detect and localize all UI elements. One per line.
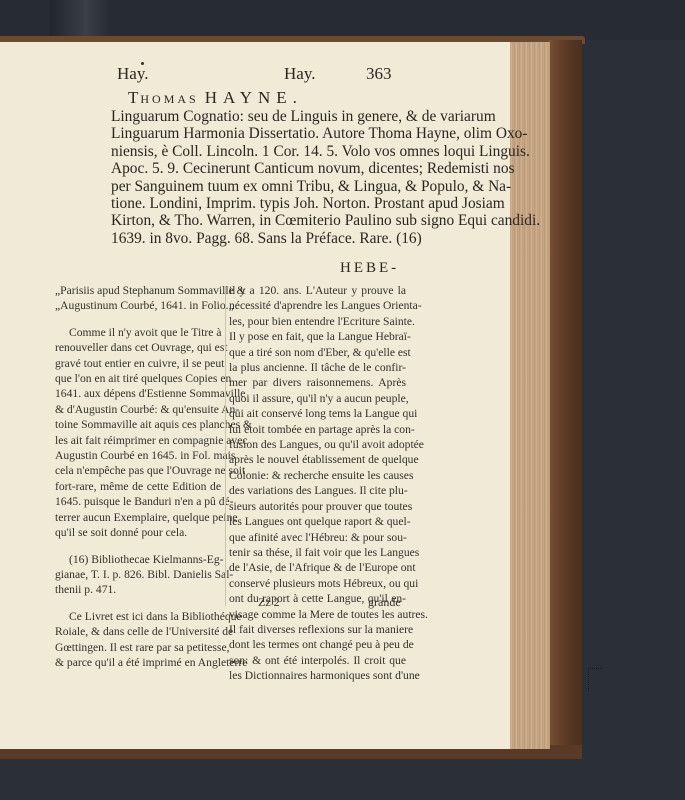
column-line: fort-rare, même de cette Edition de [55,479,221,494]
footnote-line: gianae, T. I. p. 826. Bibl. Danielis Sal… [55,567,221,582]
entry-line: Linguarum Cognatio: seu de Linguis in ge… [111,108,407,125]
column-line: il y a 120. ans. L'Auteur y prouve la [229,283,406,298]
column-line: les Dictionnaires harmoniques sont d'une [229,668,406,683]
entry-line: Linguarum Harmonia Dissertatio. Autore T… [111,125,407,142]
title-first-name: HOMAS [140,92,198,106]
signature-mark: Zz 2 [258,595,280,610]
title-surname: HAYNE. [205,88,303,107]
column-line: terrer aucun Exemplaire, quelque peine [55,510,221,525]
column-line: & d'Augustin Courbé: & qu'ensuite An- [55,402,221,417]
entry-line: niensis, è Coll. Lincoln. 1 Cor. 14. 5. … [111,143,407,160]
column-line: des variations des Langues. Il cite plu- [229,483,406,498]
column-line: mer par divers raisonnemens. Après [229,375,406,390]
column-divider [225,286,226,606]
left-column: „Parisiis apud Stephanum Sommaville & „A… [55,283,221,670]
column-line: & parce qu'il a été imprimé en Angleterr… [55,655,221,670]
column-line: Il fait diverses reflexions sur la manie… [229,622,406,637]
column-line: Comme il n'y avoit que le Titre à [55,325,221,340]
column-line: 1641. aux dépens d'Estienne Sommaville [55,386,221,401]
column-line: renouveller dans cet Ouvrage, qui est [55,340,221,355]
column-line: Augustin Courbé en 1645. in Fol. mais [55,448,221,463]
column-line: fusion des Langues, ou qu'il avoit adopt… [229,437,406,452]
entry-line: per Sanguinem tuum ex omni Tribu, & Ling… [111,178,407,195]
column-line: après le nouvel établissement de quelque [229,452,406,467]
entry-line: Kirton, & Tho. Warren, in Cœmiterio Paul… [111,212,407,229]
column-line: les, pour bien entendre l'Ecriture Saint… [229,314,406,329]
column-line: nécessité d'aprendre les Langues Orienta… [229,298,406,313]
column-line: gravé tout entier en cuivre, il se peut [55,356,221,371]
right-column: il y a 120. ans. L'Auteur y prouve la né… [229,283,406,684]
entry-description: Linguarum Cognatio: seu de Linguis in ge… [111,108,407,247]
column-line: Il y pose en fait, que la Langue Hebraï- [229,329,406,344]
column-line: lui étoit tombée en partage après la con… [229,422,406,437]
title-initial: T [128,88,140,107]
column-line: de l'Asie, de l'Afrique & de l'Europe on… [229,560,406,575]
column-line: „Augustinum Courbé, 1641. in Folio.„ [55,298,221,313]
column-line: Colonie: & recherche ensuite les causes [229,468,406,483]
column-line: dont les termes ont changé peu à peu de [229,637,406,652]
entry-title: THOMASHAYNE. [128,88,303,108]
background-shadow [50,0,110,38]
column-line: sieurs autorités pour prouver que toutes [229,499,406,514]
column-line: cela n'empêche pas que l'Ouvrage ne soit [55,463,221,478]
catchword-top: HEBE- [340,260,399,277]
page-number: 363 [366,64,392,84]
paragraph-gap [55,314,221,325]
column-line: que a tiré son nom d'Eber, & qu'elle est [229,345,406,360]
paragraph-gap [55,541,221,552]
catchword-bottom: grande [368,595,401,610]
column-line: les ait fait réimprimer en compagnie ave… [55,433,221,448]
entry-line: tione. Londini, Imprim. typis Joh. Norto… [111,195,407,212]
paragraph-gap [55,598,221,609]
column-line: tenir sa thése, il fait voir que les Lan… [229,545,406,560]
background-mark [588,668,603,691]
footnote-line: thenii p. 471. [55,582,221,597]
entry-line: Apoc. 5. 9. Cecinerunt Canticum novum, d… [111,160,407,177]
footnote-line: (16) Bibliothecae Kielmanns-Eg- [55,552,221,567]
column-line: Roiale, & dans celle de l'Université de [55,624,221,639]
column-line: „Parisiis apud Stephanum Sommaville & [55,283,221,298]
column-line: toine Sommaville ait aquis ces planches … [55,417,221,432]
running-head-left: Hay. [117,64,148,84]
column-line: Gœttingen. Il est rare par sa petitesse, [55,640,221,655]
column-line: quoi il assure, qu'il n'y a aucun peuple… [229,391,406,406]
column-line: Ce Livret est ici dans la Bibliothéque [55,609,221,624]
column-line: son: & ont été interpolés. Il croit que [229,653,406,668]
column-line: qu'il se soit donné pour cela. [55,525,221,540]
running-head-center: Hay. [284,64,315,84]
entry-line: 1639. in 8vo. Pagg. 68. Sans la Préface.… [111,230,407,247]
column-line: qui ait conservé long tems la Langue qui [229,406,406,421]
column-line: que afinité avec l'Hébreu: & pour sou- [229,530,406,545]
column-line: la plus ancienne. Il tâche de le confir- [229,360,406,375]
column-line: conservé plusieurs mots Hébreux, ou qui [229,576,406,591]
column-line: les Langues ont quelque raport & quel- [229,514,406,529]
column-line: 1645. puisque le Banduri n'en a pû dé- [55,494,221,509]
book-cover-fore-edge [548,40,582,756]
column-line: que l'on en ait tiré quelques Copies en [55,371,221,386]
